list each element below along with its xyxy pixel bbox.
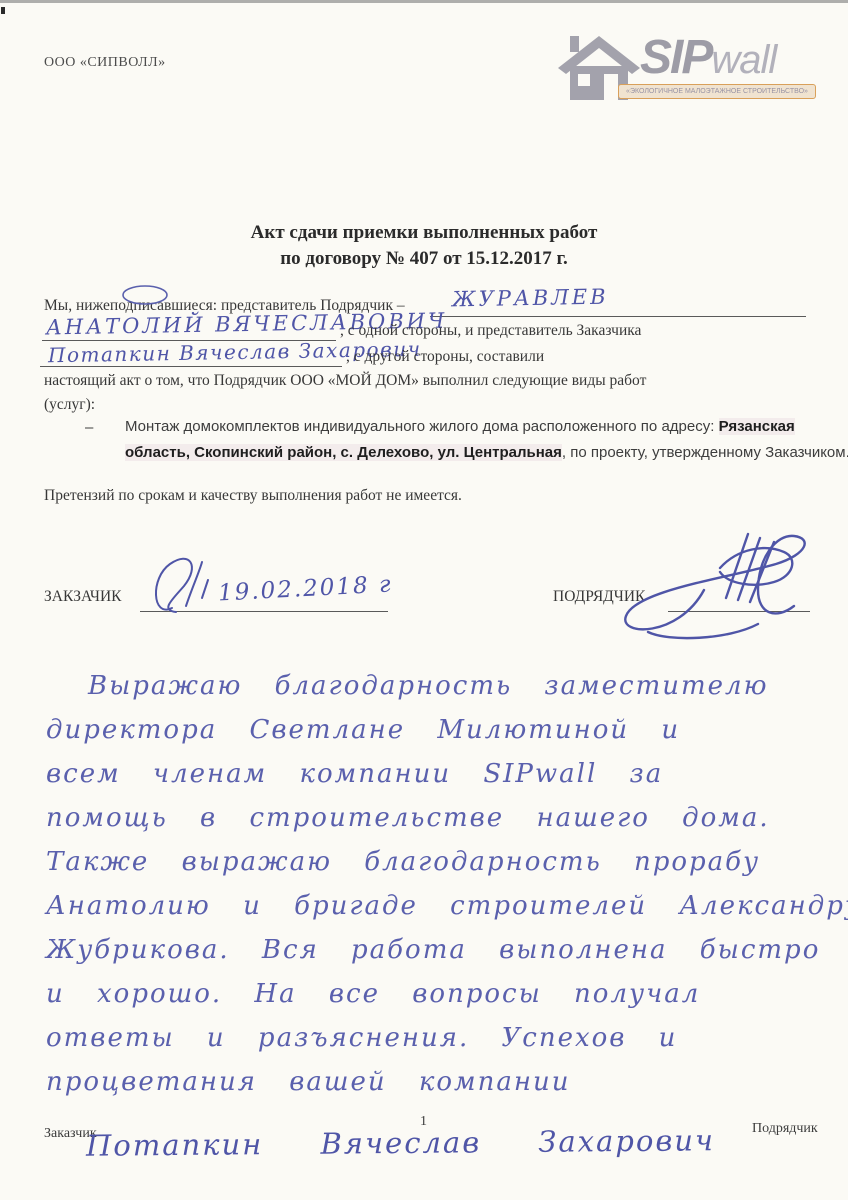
address-highlight-part2: область, Скопинский район, с. Делехово, … xyxy=(125,444,562,461)
contractor-surname-handwritten: ЖУРАВЛЕВ xyxy=(452,285,609,312)
claims-text: Претензий по срокам и качеству выполнени… xyxy=(44,487,462,505)
bullet-dash: – xyxy=(85,419,93,436)
note-line: Жубрикова. Вся работа выполнена быстро xyxy=(46,928,826,972)
logo-wall-text: wall xyxy=(711,38,776,82)
note-line: Выражаю благодарность заместителю xyxy=(46,664,826,708)
blank-line xyxy=(430,315,806,317)
bullet-line2: область, Скопинский район, с. Делехово, … xyxy=(125,444,848,461)
bullet-line1: Монтаж домокомплектов индивидуального жи… xyxy=(125,418,795,435)
address-highlight-part1: Рязанская xyxy=(719,418,795,435)
body-line5: (услуг): xyxy=(44,396,95,414)
note-line: директора Светлане Милютиной и xyxy=(46,708,826,752)
customer-signature-label: ЗАКЗАЧИК xyxy=(44,588,122,606)
note-line: Анатолию и бригаде строителей Александру xyxy=(46,884,826,928)
note-line: помощь в строительстве нашего дома. xyxy=(46,796,826,840)
note-line: ответы и разъяснения. Успехов и xyxy=(46,1016,826,1060)
body-line4: настоящий акт о том, что Подрядчик ООО «… xyxy=(44,372,646,390)
document-title-line2: по договору № 407 от 15.12.2017 г. xyxy=(0,248,848,270)
note-line: Также выражаю благодарность прорабу xyxy=(46,840,826,884)
blank-line xyxy=(40,365,342,367)
scanned-document-page: ООО «СИПВОЛЛ» SIPwall «ЭКОЛОГИЧНОЕ МАЛОЭ… xyxy=(0,0,848,1200)
note-line: процветания вашей компании xyxy=(46,1060,826,1104)
company-name: ООО «СИПВОЛЛ» xyxy=(44,55,166,71)
logo-sip-text: SIP xyxy=(640,31,711,84)
stray-ink-mark xyxy=(120,284,170,306)
footer-contractor-label: Подрядчик xyxy=(752,1121,818,1137)
customer-fullname-handwritten: Потапкин Вячеслав Захарович xyxy=(86,1123,715,1162)
scan-corner-artifact xyxy=(1,7,5,14)
note-line: всем членам компании SIPwall за xyxy=(46,752,826,796)
logo-tagline: «ЭКОЛОГИЧНОЕ МАЛОЭТАЖНОЕ СТРОИТЕЛЬСТВО» xyxy=(618,84,816,99)
contractor-signature xyxy=(608,528,818,643)
after-customer-text: , с другой стороны, составили xyxy=(346,348,544,366)
document-title-line1: Акт сдачи приемки выполненных работ xyxy=(0,222,848,244)
sipwall-logo: SIPwall «ЭКОЛОГИЧНОЕ МАЛОЭТАЖНОЕ СТРОИТЕ… xyxy=(556,34,812,104)
logo-wordmark: SIPwall xyxy=(640,30,776,85)
note-line: и хорошо. На все вопросы получал xyxy=(46,972,826,1016)
handwritten-note: Выражаю благодарность заместителю директ… xyxy=(46,664,826,1104)
scan-edge-artifact xyxy=(0,0,848,3)
